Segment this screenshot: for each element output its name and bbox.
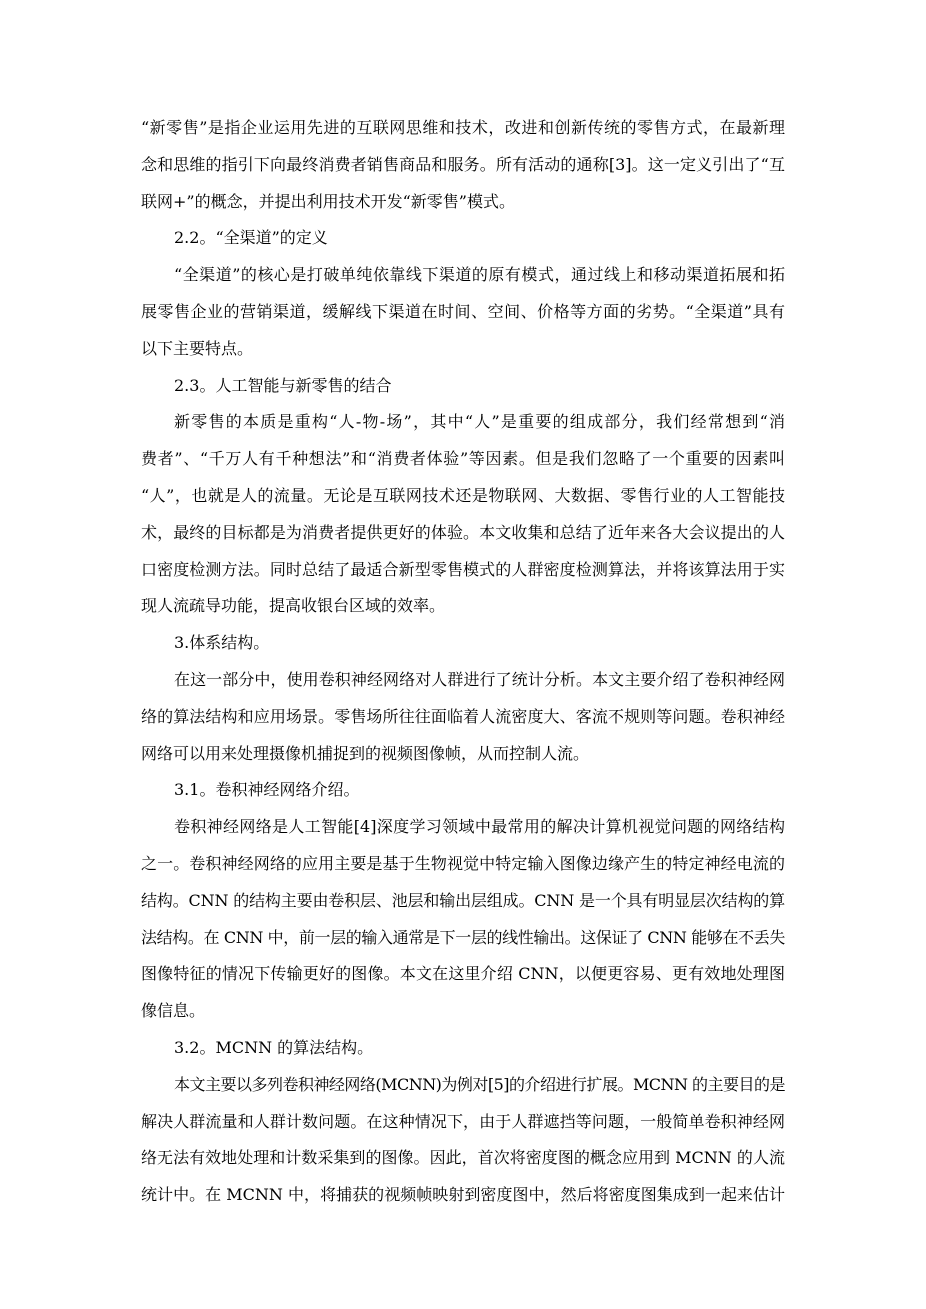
text-line: 统计中。在 MCNN 中，将捕获的视频帧映射到密度图中，然后将密度图集成到一起来… [141, 1177, 785, 1214]
text-line: 网络可以用来处理摄像机捕捉到的视频图像帧，从而控制人流。 [141, 736, 785, 773]
heading-text: 2.3。人工智能与新零售的结合 [141, 368, 785, 405]
document-page: “新零售”是指企业运用先进的互联网思维和技术，改进和创新传统的零售方式，在最新理… [141, 110, 785, 1214]
text-line: 本文主要以多列卷积神经网络(MCNN)为例对[5]的介绍进行扩展。MCNN 的主… [141, 1067, 785, 1104]
text-line: 络的算法结构和应用场景。零售场所往往面临着人流密度大、客流不规则等问题。卷积神经 [141, 699, 785, 736]
text-line: 法结构。在 CNN 中，前一层的输入通常是下一层的线性输出。这保证了 CNN 能… [141, 920, 785, 957]
text-line: 络无法有效地处理和计数采集到的图像。因此，首次将密度图的概念应用到 MCNN 的… [141, 1140, 785, 1177]
text-line: “人”，也就是人的流量。无论是互联网技术还是物联网、大数据、零售行业的人工智能技 [141, 478, 785, 515]
text-line: 展零售企业的营销渠道，缓解线下渠道在时间、空间、价格等方面的劣势。“全渠道”具有 [141, 294, 785, 331]
heading-text: 3.2。MCNN 的算法结构。 [141, 1030, 785, 1067]
text-line: 术，最终的目标都是为消费者提供更好的体验。本文收集和总结了近年来各大会议提出的人 [141, 515, 785, 552]
text-line: 联网+”的概念，并提出利用技术开发“新零售”模式。 [141, 184, 785, 221]
paragraph-omnichannel-definition: “全渠道”的核心是打破单纯依靠线下渠道的原有模式，通过线上和移动渠道拓展和拓 展… [141, 257, 785, 367]
text-line: 新零售的本质是重构“人-物-场”，其中“人”是重要的组成部分，我们经常想到“消 [141, 404, 785, 441]
paragraph-ai-new-retail: 新零售的本质是重构“人-物-场”，其中“人”是重要的组成部分，我们经常想到“消 … [141, 404, 785, 625]
paragraph-mcnn-structure: 本文主要以多列卷积神经网络(MCNN)为例对[5]的介绍进行扩展。MCNN 的主… [141, 1067, 785, 1214]
text-line: “全渠道”的核心是打破单纯依靠线下渠道的原有模式，通过线上和移动渠道拓展和拓 [141, 257, 785, 294]
paragraph-cnn-intro: 卷积神经网络是人工智能[4]深度学习领域中最常用的解决计算机视觉问题的网络结构 … [141, 809, 785, 1030]
text-line: 图像特征的情况下传输更好的图像。本文在这里介绍 CNN，以便更容易、更有效地处理… [141, 956, 785, 993]
text-line: 以下主要特点。 [141, 331, 785, 368]
text-line: 费者”、“千万人有千种想法”和“消费者体验”等因素。但是我们忽略了一个重要的因素… [141, 441, 785, 478]
heading-text: 2.2。“全渠道”的定义 [141, 220, 785, 257]
section-heading-2-2: 2.2。“全渠道”的定义 [141, 220, 785, 257]
section-heading-3: 3.体系结构。 [141, 625, 785, 662]
text-line: 卷积神经网络是人工智能[4]深度学习领域中最常用的解决计算机视觉问题的网络结构 [141, 809, 785, 846]
heading-text: 3.1。卷积神经网络介绍。 [141, 772, 785, 809]
text-line: 念和思维的指引下向最终消费者销售商品和服务。所有活动的通称[3]。这一定义引出了… [141, 147, 785, 184]
text-line: 口密度检测方法。同时总结了最适合新型零售模式的人群密度检测算法，并将该算法用于实 [141, 552, 785, 589]
paragraph-architecture-intro: 在这一部分中，使用卷积神经网络对人群进行了统计分析。本文主要介绍了卷积神经网 络… [141, 662, 785, 772]
section-heading-3-2: 3.2。MCNN 的算法结构。 [141, 1030, 785, 1067]
section-heading-3-1: 3.1。卷积神经网络介绍。 [141, 772, 785, 809]
text-line: 结构。CNN 的结构主要由卷积层、池层和输出层组成。CNN 是一个具有明显层次结… [141, 883, 785, 920]
text-line: 像信息。 [141, 993, 785, 1030]
section-heading-2-3: 2.3。人工智能与新零售的结合 [141, 368, 785, 405]
heading-text: 3.体系结构。 [141, 625, 785, 662]
text-line: 之一。卷积神经网络的应用主要是基于生物视觉中特定输入图像边缘产生的特定神经电流的 [141, 846, 785, 883]
text-line: 现人流疏导功能，提高收银台区域的效率。 [141, 588, 785, 625]
text-line: 解决人群流量和人群计数问题。在这种情况下，由于人群遮挡等问题，一般简单卷积神经网 [141, 1104, 785, 1141]
text-line: 在这一部分中，使用卷积神经网络对人群进行了统计分析。本文主要介绍了卷积神经网 [141, 662, 785, 699]
text-line: “新零售”是指企业运用先进的互联网思维和技术，改进和创新传统的零售方式，在最新理 [141, 110, 785, 147]
paragraph-new-retail-definition: “新零售”是指企业运用先进的互联网思维和技术，改进和创新传统的零售方式，在最新理… [141, 110, 785, 220]
